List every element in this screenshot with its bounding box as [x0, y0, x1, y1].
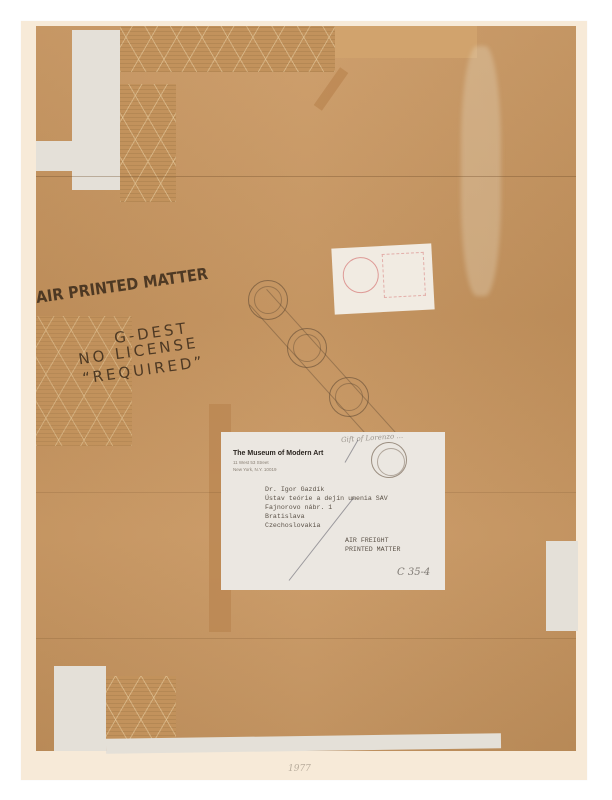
- tape-diagonal-mark: [314, 67, 349, 110]
- white-tape-bottom-left: [54, 666, 106, 751]
- recipient-line: Bratislava: [265, 513, 305, 520]
- pencil-date: 1977: [288, 764, 311, 774]
- service-line: PRINTED MATTER: [345, 546, 400, 553]
- postmark-icon: [248, 280, 288, 320]
- recipient-line: Fajnorovo nábr. 1: [265, 504, 332, 511]
- crease: [36, 176, 576, 177]
- service-line: AIR FREIGHT: [345, 537, 389, 544]
- tape-top-right: [335, 26, 477, 58]
- sender-city: New York, N.Y. 10019: [233, 467, 276, 472]
- stain-right: [461, 46, 501, 296]
- recipient-line: Ústav teórie a dejín umenia SAV: [265, 495, 388, 502]
- meter-value-box: [382, 252, 426, 298]
- sender-street: 11 West 53 Street: [233, 460, 269, 465]
- postmark-icon: [329, 377, 369, 417]
- lattice-tape-top: [120, 26, 335, 72]
- recipient-line: Czechoslovakia: [265, 522, 320, 529]
- white-tape-right: [546, 541, 578, 631]
- recipient-line: Dr. Igor Gazdík: [265, 486, 324, 493]
- sender-name: The Museum of Modern Art: [233, 450, 323, 457]
- white-tape-top-left-small: [36, 141, 72, 171]
- postmark-icon: [371, 442, 407, 478]
- address-label: The Museum of Modern Art 11 West 53 Stre…: [221, 432, 445, 590]
- catalog-number: C 35-4: [397, 567, 430, 578]
- crease: [36, 638, 576, 639]
- kraft-envelope: [36, 26, 576, 751]
- postmark-icon: [287, 328, 327, 368]
- lattice-tape-left: [120, 84, 176, 202]
- meter-postmark-icon: [342, 256, 380, 294]
- postage-meter-label: [331, 243, 434, 314]
- white-tape-top-left: [72, 30, 120, 190]
